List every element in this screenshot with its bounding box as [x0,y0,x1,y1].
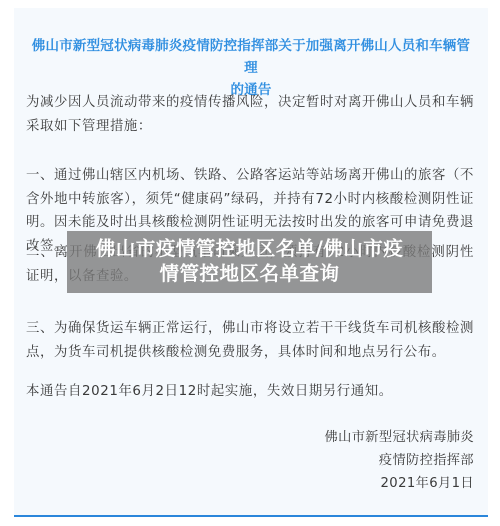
notice-intro: 为减少因人员流动带来的疫情传播风险，决定暂时对离开佛山人员和车辆采取如下管理措施… [26,91,474,138]
notice-title-line1: 佛山市新型冠状病毒肺炎疫情防控指挥部关于加强离开佛山人员和车辆管理 [28,35,474,79]
signature-org-line1: 佛山市新型冠状病毒肺炎 [325,426,474,449]
headline-overlay[interactable]: 佛山市疫情管控地区名单/佛山市疫 情管控地区名单查询 [67,231,432,293]
headline-line2: 情管控地区名单查询 [67,261,432,286]
notice-signature: 佛山市新型冠状病毒肺炎 疫情防控指挥部 2021年6月1日 [325,426,474,495]
signature-date: 2021年6月1日 [325,472,474,495]
notice-effective-date: 本通告自2021年6月2日12时起实施，失效日期另行通知。 [26,380,474,404]
headline-line1: 佛山市疫情管控地区名单/佛山市疫 [67,236,432,261]
notice-item-3: 三、为确保货运车辆正常运行，佛山市将设立若干干线货车司机核酸检测点，为货车司机提… [26,317,474,364]
signature-org-line2: 疫情防控指挥部 [325,449,474,472]
